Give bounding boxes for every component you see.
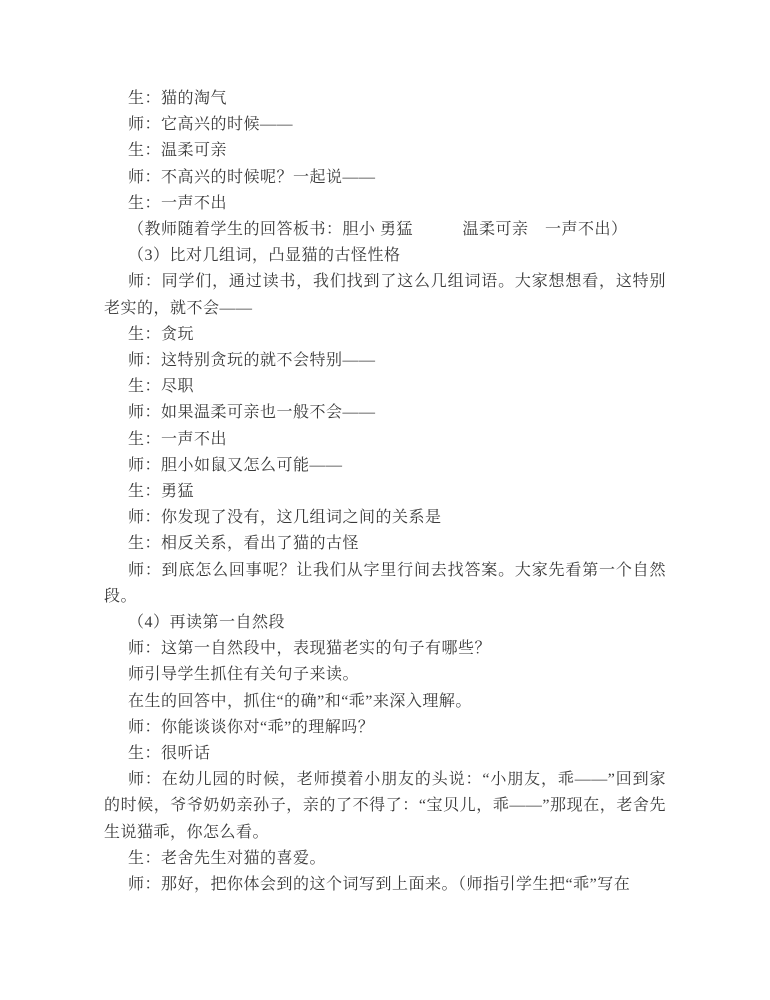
paragraph: 师：在幼儿园的时候，老师摸着小朋友的头说：“小朋友，乖——”回到家的时候，爷爷奶… [104, 767, 666, 846]
document-body: 生：猫的淘气 师：它高兴的时候—— 生：温柔可亲 师：不高兴的时候呢？一起说——… [104, 86, 666, 898]
paragraph-board-note: （教师随着学生的回答板书：胆小 勇猛 温柔可亲 一声不出） [104, 217, 666, 243]
paragraph: 生：相反关系，看出了猫的古怪 [104, 531, 666, 557]
paragraph: 生：老舍先生对猫的喜爱。 [104, 846, 666, 872]
paragraph: 生：一声不出 [104, 191, 666, 217]
paragraph: 在生的回答中，抓住“的确”和“乖”来深入理解。 [104, 689, 666, 715]
paragraph: 生：很听话 [104, 741, 666, 767]
paragraph-section-heading: （4）再读第一自然段 [104, 610, 666, 636]
paragraph: 生：温柔可亲 [104, 138, 666, 164]
paragraph: 生：勇猛 [104, 479, 666, 505]
paragraph: 师：到底怎么回事呢？让我们从字里行间去找答案。大家先看第一个自然段。 [104, 558, 666, 610]
paragraph: 生：贪玩 [104, 322, 666, 348]
paragraph: 生：猫的淘气 [104, 86, 666, 112]
paragraph: 师引导学生抓住有关句子来读。 [104, 662, 666, 688]
paragraph: 师：同学们，通过读书，我们找到了这么几组词语。大家想想看，这特别老实的，就不会—… [104, 269, 666, 321]
paragraph: 师：这第一自然段中，表现猫老实的句子有哪些？ [104, 636, 666, 662]
paragraph: 师：你能谈谈你对“乖”的理解吗？ [104, 715, 666, 741]
paragraph: 师：这特别贪玩的就不会特别—— [104, 348, 666, 374]
paragraph: 师：你发现了没有，这几组词之间的关系是 [104, 505, 666, 531]
paragraph: 师：如果温柔可亲也一般不会—— [104, 400, 666, 426]
paragraph: 生：一声不出 [104, 427, 666, 453]
paragraph: 师：那好，把你体会到的这个词写到上面来。（师指引学生把“乖”写在 [104, 872, 666, 898]
document-page: 生：猫的淘气 师：它高兴的时候—— 生：温柔可亲 师：不高兴的时候呢？一起说——… [0, 0, 770, 1000]
paragraph: 师：胆小如鼠又怎么可能—— [104, 453, 666, 479]
paragraph: 师：不高兴的时候呢？一起说—— [104, 165, 666, 191]
paragraph: 师：它高兴的时候—— [104, 112, 666, 138]
paragraph: 生：尽职 [104, 374, 666, 400]
paragraph-section-heading: （3）比对几组词，凸显猫的古怪性格 [104, 243, 666, 269]
